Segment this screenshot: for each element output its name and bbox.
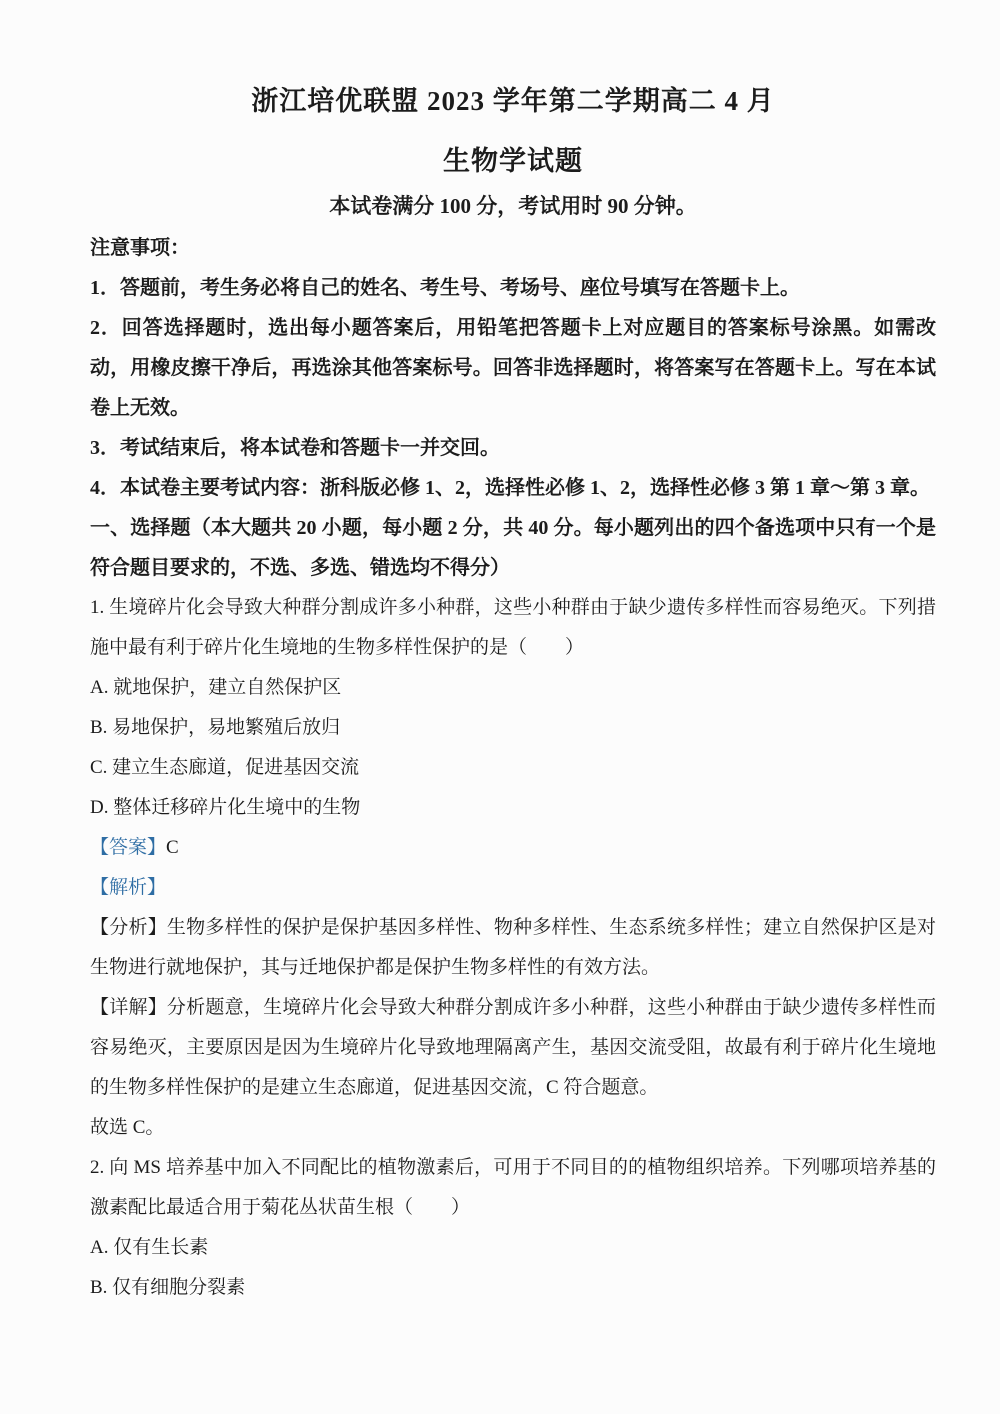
question-1-answer-line: 【答案】C xyxy=(90,828,936,868)
exam-title-line1: 浙江培优联盟 2023 学年第二学期高二 4 月 xyxy=(90,84,936,118)
notice-item-3: 3．考试结束后，将本试卷和答题卡一并交回。 xyxy=(90,428,936,468)
question-1-option-d: D. 整体迁移碎片化生境中的生物 xyxy=(90,788,936,828)
answer-value: C xyxy=(166,837,179,858)
notice-item-2: 2．回答选择题时，选出每小题答案后，用铅笔把答题卡上对应题目的答案标号涂黑。如需… xyxy=(90,308,936,428)
exam-title-line2: 生物学试题 xyxy=(90,144,936,178)
question-1-option-b: B. 易地保护，易地繁殖后放归 xyxy=(90,708,936,748)
exam-info: 本试卷满分 100 分，考试用时 90 分钟。 xyxy=(90,192,936,220)
question-1-analysis-label: 【解析】 xyxy=(90,868,936,908)
notice-heading: 注意事项： xyxy=(90,228,936,268)
question-1-detail: 【详解】分析题意，生境碎片化会导致大种群分割成许多小种群，这些小种群由于缺少遗传… xyxy=(90,988,936,1108)
notice-item-4: 4．本试卷主要考试内容：浙科版必修 1、2，选择性必修 1、2，选择性必修 3 … xyxy=(90,468,936,508)
question-2-option-b: B. 仅有细胞分裂素 xyxy=(90,1268,936,1308)
question-2: 2. 向 MS 培养基中加入不同配比的植物激素后，可用于不同目的的植物组织培养。… xyxy=(90,1148,936,1308)
question-1-stem: 1. 生境碎片化会导致大种群分割成许多小种群，这些小种群由于缺少遗传多样性而容易… xyxy=(90,588,936,668)
question-1-analysis: 【分析】生物多样性的保护是保护基因多样性、物种多样性、生态系统多样性；建立自然保… xyxy=(90,908,936,988)
question-1-conclusion: 故选 C。 xyxy=(90,1108,936,1148)
section-heading: 一、选择题（本大题共 20 小题，每小题 2 分，共 40 分。每小题列出的四个… xyxy=(90,508,936,588)
question-2-option-a: A. 仅有生长素 xyxy=(90,1228,936,1268)
notice-item-1: 1．答题前，考生务必将自己的姓名、考生号、考场号、座位号填写在答题卡上。 xyxy=(90,268,936,308)
question-1-option-a: A. 就地保护，建立自然保护区 xyxy=(90,668,936,708)
exam-paper-page: 浙江培优联盟 2023 学年第二学期高二 4 月 生物学试题 本试卷满分 100… xyxy=(0,0,1000,1414)
question-2-stem: 2. 向 MS 培养基中加入不同配比的植物激素后，可用于不同目的的植物组织培养。… xyxy=(90,1148,936,1228)
question-1-option-c: C. 建立生态廊道，促进基因交流 xyxy=(90,748,936,788)
question-1: 1. 生境碎片化会导致大种群分割成许多小种群，这些小种群由于缺少遗传多样性而容易… xyxy=(90,588,936,1148)
answer-label: 【答案】 xyxy=(90,837,166,858)
